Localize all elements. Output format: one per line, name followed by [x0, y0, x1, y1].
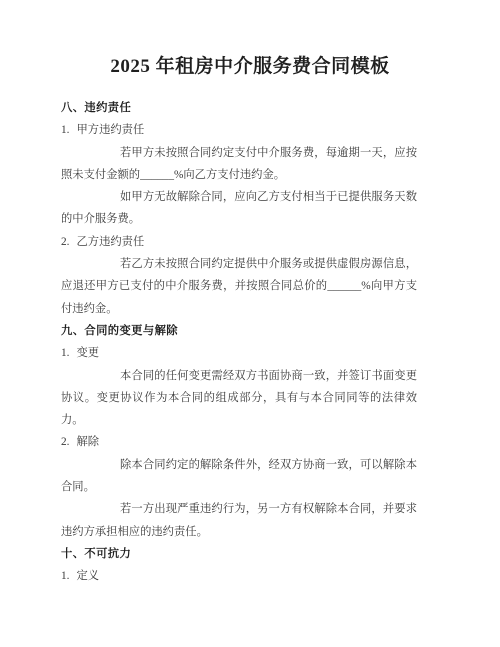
document-title: 2025 年租房中介服务费合同模板	[0, 0, 500, 80]
clause-number: 1.	[61, 342, 69, 364]
paragraph-modification-terms: 本合同的任何变更需经双方书面协商一致，并签订书面变更协议。变更协议作为本合同的组…	[61, 365, 417, 432]
section-heading-modification-termination: 九、合同的变更与解除	[61, 320, 417, 342]
clause-heading-party-b-breach: 2.乙方违约责任	[61, 231, 417, 253]
paragraph-party-b-penalty: 若乙方未按照合同约定提供中介服务或提供虚假房源信息，应退还甲方已支付的中介服务费…	[61, 253, 417, 320]
paragraph-termination-by-agreement: 除本合同约定的解除条件外，经双方协商一致，可以解除本合同。	[61, 454, 417, 499]
clause-number: 2.	[61, 431, 69, 453]
clause-label: 变更	[76, 347, 99, 359]
document-page: 2025 年租房中介服务费合同模板 八、违约责任 1.甲方违约责任 若甲方未按照…	[0, 0, 500, 647]
section-heading-force-majeure: 十、不可抗力	[61, 543, 417, 565]
clause-number: 1.	[61, 119, 69, 141]
clause-number: 2.	[61, 231, 69, 253]
clause-label: 解除	[76, 436, 99, 448]
section-heading-breach-liability: 八、违约责任	[61, 97, 417, 119]
document-body: 八、违约责任 1.甲方违约责任 若甲方未按照合同约定支付中介服务费，每逾期一天，…	[61, 97, 417, 588]
clause-label: 定义	[76, 570, 99, 582]
clause-heading-modification: 1.变更	[61, 342, 417, 364]
clause-heading-termination: 2.解除	[61, 431, 417, 453]
clause-label: 甲方违约责任	[76, 124, 144, 136]
clause-number: 1.	[61, 565, 69, 587]
paragraph-party-a-termination: 如甲方无故解除合同，应向乙方支付相当于已提供服务天数的中介服务费。	[61, 186, 417, 231]
clause-heading-party-a-breach: 1.甲方违约责任	[61, 119, 417, 141]
paragraph-termination-on-breach: 若一方出现严重违约行为，另一方有权解除本合同，并要求违约方承担相应的违约责任。	[61, 498, 417, 543]
clause-heading-definition: 1.定义	[61, 565, 417, 587]
clause-label: 乙方违约责任	[76, 236, 144, 248]
paragraph-party-a-late-payment: 若甲方未按照合同约定支付中介服务费，每逾期一天，应按照未支付金额的______%…	[61, 142, 417, 187]
